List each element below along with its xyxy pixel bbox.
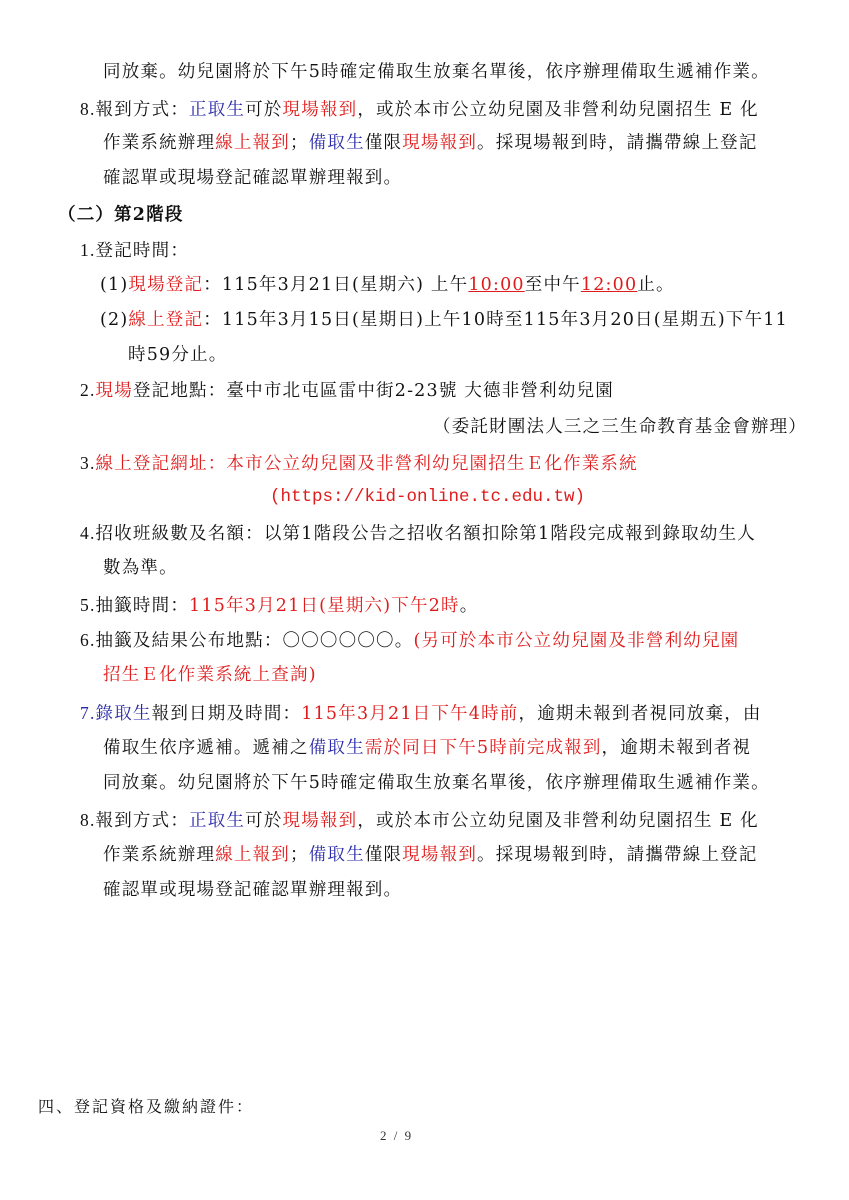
page-number: 2 / 9 <box>380 1128 413 1144</box>
stage2-item-1-sub1: (1)現場登記：115年3月21日(星期六) 上午10:00至中午12:00止。 <box>100 273 675 297</box>
stage2-item-8: 8.報到方式：正取生可於現場報到，或於本市公立幼兒園及非營利幼兒園招生 E 化 <box>80 808 759 833</box>
label: 報到方式： <box>96 811 190 831</box>
item-number: 6. <box>80 630 96 650</box>
text: ，或於本市公立幼兒園及非營利幼兒園招生 E 化 <box>357 811 759 831</box>
stage2-item-1-sub2: (2)線上登記：115年3月15日(星期日)上午10時至115年3月20日(星期… <box>100 308 788 332</box>
sub-number: (1) <box>100 275 128 295</box>
section-4-heading: 四、登記資格及繳納證件： <box>38 1095 254 1119</box>
highlight-waitlist: 備取生 <box>309 845 365 865</box>
stage2-item-1-sub2-cont: 時59分止。 <box>128 343 227 367</box>
text: ； <box>290 845 309 865</box>
heading-text: （二）第2階段 <box>58 205 184 225</box>
highlight-admitted: 錄取生 <box>96 704 152 724</box>
highlight-onsite: 現場報到 <box>402 845 477 865</box>
text: 作業系統辦理 <box>103 133 215 153</box>
time-end: 12:00 <box>581 275 637 295</box>
heading-text: 四、登記資格及繳納證件： <box>38 1097 254 1116</box>
deadline: 115年3月21日下午4時前 <box>301 704 518 724</box>
stage2-item-5: 5.抽籤時間：115年3月21日(星期六)下午2時。 <box>80 593 478 618</box>
stage2-item-4: 4.招收班級數及名額：以第1階段公告之招收名額扣除第1階段完成報到錄取幼生人 <box>80 521 756 546</box>
text: 。 <box>460 596 479 616</box>
text: 確認單或現場登記確認單辦理報到。 <box>103 880 402 900</box>
label: 抽籤及結果公布地點：〇〇〇〇〇〇。 <box>96 631 414 651</box>
text: ，逾期未報到者視 <box>602 738 752 758</box>
text: 確認單或現場登記確認單辦理報到。 <box>103 168 402 188</box>
text: 僅限 <box>365 133 402 153</box>
highlight-onsite: 現場報到 <box>283 100 358 120</box>
highlight-online-registration: 線上登記 <box>128 310 203 330</box>
stage1-item7-continuation: 同放棄。幼兒園將於下午5時確定備取生放棄名單後，依序辦理備取生遞補作業。 <box>103 60 770 84</box>
text: 時59分止。 <box>128 345 227 365</box>
highlight-onsite: 現場報到 <box>283 811 358 831</box>
item-number: 1. <box>80 240 96 260</box>
text: 備取生依序遞補。遞補之 <box>103 738 309 758</box>
label: 抽籤時間： <box>96 596 190 616</box>
item-number: 5. <box>80 595 96 615</box>
item-number: 8. <box>80 810 96 830</box>
text: 。採現場報到時，請攜帶線上登記 <box>477 845 758 865</box>
item-number: 8. <box>80 99 96 119</box>
stage2-item-2-note: （委託財團法人三之三生命教育基金會辦理） <box>433 415 807 439</box>
text: 。採現場報到時，請攜帶線上登記 <box>477 133 758 153</box>
highlight-note: (另可於本市公立幼兒園及非營利幼兒園 <box>413 631 739 651</box>
highlight-onsite-registration: 現場登記 <box>128 275 203 295</box>
stage2-item-7-line3: 同放棄。幼兒園將於下午5時確定備取生放棄名單後，依序辦理備取生遞補作業。 <box>103 771 770 795</box>
highlight-waitlist: 備取生 <box>309 738 365 758</box>
text: 可於 <box>245 811 282 831</box>
stage2-item-7-line2: 備取生依序遞補。遞補之備取生需於同日下午5時前完成報到，逾期未報到者視 <box>103 736 751 760</box>
stage2-item-8-line3: 確認單或現場登記確認單辦理報到。 <box>103 878 402 902</box>
deadline: 需於同日下午5時前完成報到 <box>365 738 602 758</box>
stage2-item-6: 6.抽籤及結果公布地點：〇〇〇〇〇〇。(另可於本市公立幼兒園及非營利幼兒園 <box>80 628 739 653</box>
highlight-admitted: 正取生 <box>189 100 245 120</box>
stage2-item-7: 7.錄取生報到日期及時間：115年3月21日下午4時前，逾期未報到者視同放棄，由 <box>80 701 762 726</box>
text: ：115年3月15日(星期日)上午10時至115年3月20日(星期五)下午11 <box>203 310 788 330</box>
stage2-heading: （二）第2階段 <box>58 203 184 227</box>
stage2-item-3: 3.線上登記網址：本市公立幼兒園及非營利幼兒園招生Ｅ化作業系統 <box>80 451 638 476</box>
item-number: 7. <box>80 703 96 723</box>
text: 作業系統辦理 <box>103 845 215 865</box>
text: 線上登記網址：本市公立幼兒園及非營利幼兒園招生Ｅ化作業系統 <box>96 454 638 474</box>
text: 數為準。 <box>103 558 178 578</box>
text: ，或於本市公立幼兒園及非營利幼兒園招生 E 化 <box>357 100 759 120</box>
highlight-admitted: 正取生 <box>189 811 245 831</box>
highlight-online: 線上報到 <box>215 845 290 865</box>
text: 招收班級數及名額：以第1階段公告之招收名額扣除第1階段完成報到錄取幼生人 <box>96 524 756 544</box>
stage2-item-2: 2.現場登記地點：臺中市北屯區雷中街2-23號 大德非營利幼兒園 <box>80 378 614 403</box>
stage1-item-8-line2: 作業系統辦理線上報到；備取生僅限現場報到。採現場報到時，請攜帶線上登記 <box>103 131 758 155</box>
stage1-item-8-line3: 確認單或現場登記確認單辦理報到。 <box>103 166 402 190</box>
label: 報到方式： <box>96 100 190 120</box>
draw-time: 115年3月21日(星期六)下午2時 <box>189 596 460 616</box>
time-start: 10:00 <box>468 275 524 295</box>
text: ，逾期未報到者視同放棄，由 <box>519 704 762 724</box>
label: 報到日期及時間： <box>152 704 302 724</box>
item-number: 4. <box>80 523 96 543</box>
highlight-online: 線上報到 <box>215 133 290 153</box>
text: 止。 <box>637 275 674 295</box>
text: ； <box>290 133 309 153</box>
text: （委託財團法人三之三生命教育基金會辦理） <box>433 417 807 437</box>
highlight-onsite: 現場報到 <box>402 133 477 153</box>
page-number-text: 2 / 9 <box>380 1128 413 1143</box>
stage2-item-8-line2: 作業系統辦理線上報到；備取生僅限現場報到。採現場報到時，請攜帶線上登記 <box>103 843 758 867</box>
text: 同放棄。幼兒園將於下午5時確定備取生放棄名單後，依序辦理備取生遞補作業。 <box>103 62 770 82</box>
stage2-item-3-url[interactable]: (https://kid-online.tc.edu.tw) <box>270 485 585 509</box>
text: 至中午 <box>525 275 581 295</box>
highlight-onsite: 現場 <box>96 381 133 401</box>
highlight-waitlist: 備取生 <box>309 133 365 153</box>
stage2-item-1: 1.登記時間： <box>80 238 189 263</box>
sub-number: (2) <box>100 310 128 330</box>
item-number: 2. <box>80 380 96 400</box>
item-number: 3. <box>80 453 96 473</box>
stage1-item-8: 8.報到方式：正取生可於現場報到，或於本市公立幼兒園及非營利幼兒園招生 E 化 <box>80 97 759 122</box>
label: 登記時間： <box>96 241 190 261</box>
stage2-item-4-cont: 數為準。 <box>103 556 178 580</box>
url-link[interactable]: (https://kid-online.tc.edu.tw) <box>270 487 585 507</box>
stage2-item-6-cont: 招生Ｅ化作業系統上查詢) <box>103 663 317 687</box>
text: ：115年3月21日(星期六) 上午 <box>203 275 468 295</box>
text: 僅限 <box>365 845 402 865</box>
text: 可於 <box>245 100 282 120</box>
text: 同放棄。幼兒園將於下午5時確定備取生放棄名單後，依序辦理備取生遞補作業。 <box>103 773 770 793</box>
text: 招生Ｅ化作業系統上查詢) <box>103 665 317 685</box>
text: 登記地點：臺中市北屯區雷中街2-23號 大德非營利幼兒園 <box>133 381 614 401</box>
